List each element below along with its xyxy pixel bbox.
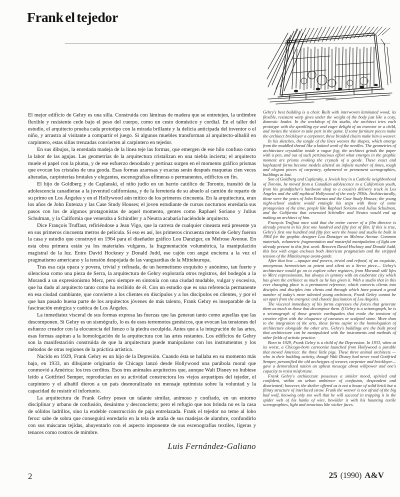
article-body: El mejor edificio de Gehry es una silla.… [28, 112, 256, 450]
caption-paragraph: Gehry's best building is a chair. Built … [263, 110, 396, 139]
article-paragraph: La arquitectura de Frank Gehry posee un … [28, 395, 256, 436]
issue-number: 25 [329, 470, 338, 480]
article-paragraph: El hijo de Goldberg y de Caplanski, el n… [28, 181, 256, 222]
caption-paragraph: Frank Gehry's architecture possesses a s… [263, 374, 396, 408]
caption-paragraph: After that box —opaque and povera, trivi… [263, 259, 396, 302]
article-title: Frank el tejedor [27, 11, 118, 27]
author-byline: Luis Fernández-Galiano [28, 443, 256, 450]
caption-paragraph: Son of Goldberg and Caplansky, a Jewish … [263, 177, 396, 220]
gehry-sketch-illustration [266, 25, 394, 110]
article-paragraph: En sus dibujos, la enredada madeja de la… [28, 146, 256, 180]
caption-paragraph: Born in 1929, Frank Gehry is a child of … [263, 340, 396, 374]
magazine-name: A&V [365, 470, 384, 480]
caption-paragraph: The visceral immediacy of his forms expr… [263, 302, 396, 340]
article-text: El mejor edificio de Gehry es una silla.… [28, 112, 256, 436]
page-number: 2 [28, 471, 32, 481]
caption-paragraph: François Truffaut once said that the ent… [263, 220, 396, 258]
article-paragraph: Dice François Truffaut, refiriéndose a J… [28, 222, 256, 263]
issue-line: 25(1990)A&V [329, 470, 384, 480]
article-paragraph: La inmediatez visceral de sus formas exp… [28, 312, 256, 353]
ink-sketch-icon [266, 25, 394, 110]
article-paragraph: Tras esa caja opaca y povera, trivial y … [28, 264, 256, 312]
caption-paragraph: In his sketches, the tangle of the lines… [263, 139, 396, 177]
magazine-page: Frank el tejedor [0, 0, 400, 497]
article-paragraph: El mejor edificio de Gehry es una silla.… [28, 112, 256, 146]
caption-column: Gehry's best building is a chair. Built … [263, 110, 396, 407]
article-paragraph: Nacido en 1929, Frank Gehry es un hijo d… [28, 353, 256, 394]
issue-year: (1990) [340, 471, 361, 480]
